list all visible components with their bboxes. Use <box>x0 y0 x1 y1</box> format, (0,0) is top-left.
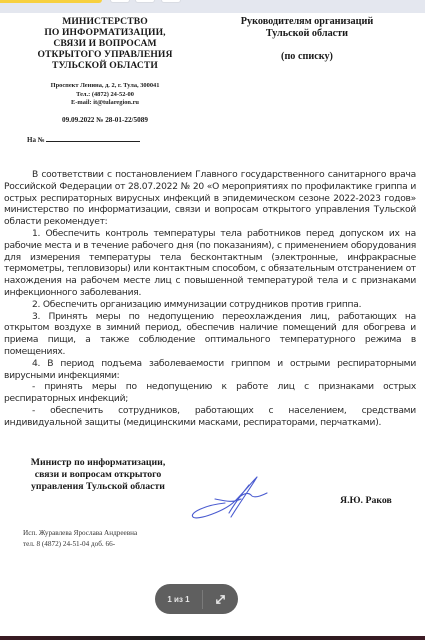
position-line: Министр по информатизации, <box>18 457 178 469</box>
body-paragraph: - обеспечить сотрудников, работающих с н… <box>4 406 416 430</box>
body-paragraph: 3. Принять меры по недопущению переохлаж… <box>4 312 416 359</box>
recipient-line: Тульской области <box>222 28 392 40</box>
toolbar-button-3[interactable] <box>161 0 181 3</box>
body-paragraph: - принять меры по недопущению к работе л… <box>4 382 416 406</box>
handwritten-signature-icon <box>185 473 285 523</box>
position-line: связи и вопросам открытого <box>18 469 178 481</box>
toolbar-button-1[interactable] <box>110 0 130 3</box>
body-paragraph: В соответствии с постановлением Главного… <box>4 170 416 229</box>
sender-line: МИНИСТЕРСТВО <box>20 16 190 27</box>
registration-number: 09.09.2022 № 28-01-22/5089 <box>20 116 190 124</box>
recipient-note: (по списку) <box>222 51 392 63</box>
reply-to-label: На № <box>27 136 45 144</box>
body-paragraph: 2. Обеспечить организацию иммунизации со… <box>4 300 416 312</box>
position-line: управления Тульской области <box>18 481 178 493</box>
recipient-block: Руководителям организаций Тульской облас… <box>222 16 392 63</box>
executor-name: Исп. Журавлева Ярослава Андреевна <box>23 528 137 539</box>
fullscreen-button[interactable] <box>203 594 238 605</box>
expand-arrows-icon <box>215 594 226 605</box>
body-paragraph: 1. Обеспечить контроль температуры тела … <box>4 229 416 300</box>
executor-info: Исп. Журавлева Ярослава Андреевна тел. 8… <box>23 528 137 550</box>
signatory-position: Министр по информатизации, связи и вопро… <box>18 457 178 493</box>
reply-to-blank-line <box>46 134 140 142</box>
sender-line: СВЯЗИ И ВОПРОСАМ <box>20 38 190 49</box>
body-paragraph: 4. В период подъема заболеваемости грипп… <box>4 359 416 383</box>
sender-line: ОТКРЫТОГО УПРАВЛЕНИЯ <box>20 49 190 60</box>
sender-email: E-mail: it@tularegion.ru <box>20 99 190 108</box>
bottom-edge <box>0 636 425 640</box>
sender-block: МИНИСТЕРСТВО ПО ИНФОРМАТИЗАЦИИ, СВЯЗИ И … <box>20 16 190 71</box>
page-controls: 1 из 1 <box>155 584 238 614</box>
accent-tab[interactable] <box>0 0 102 3</box>
sender-phone: Тел.: (4872) 24-52-00 <box>20 91 190 100</box>
letter-body: В соответствии с постановлением Главного… <box>4 170 416 430</box>
executor-phone: тел. 8 (4872) 24-51-04 доб. 66- <box>23 539 137 550</box>
toolbar-button-2[interactable] <box>135 0 155 3</box>
sender-line: ТУЛЬСКОЙ ОБЛАСТИ <box>20 60 190 71</box>
sender-line: ПО ИНФОРМАТИЗАЦИИ, <box>20 27 190 38</box>
recipient-line: Руководителям организаций <box>222 16 392 28</box>
signatory-name: Я.Ю. Раков <box>340 495 392 506</box>
sender-address: Проспект Ленина, д. 2, г. Тула, 300041 <box>20 82 190 91</box>
reply-to-field: На № <box>27 134 140 144</box>
page-indicator: 1 из 1 <box>155 595 202 604</box>
viewer-top-bar <box>0 0 425 13</box>
sender-contacts: Проспект Ленина, д. 2, г. Тула, 300041 Т… <box>20 82 190 108</box>
